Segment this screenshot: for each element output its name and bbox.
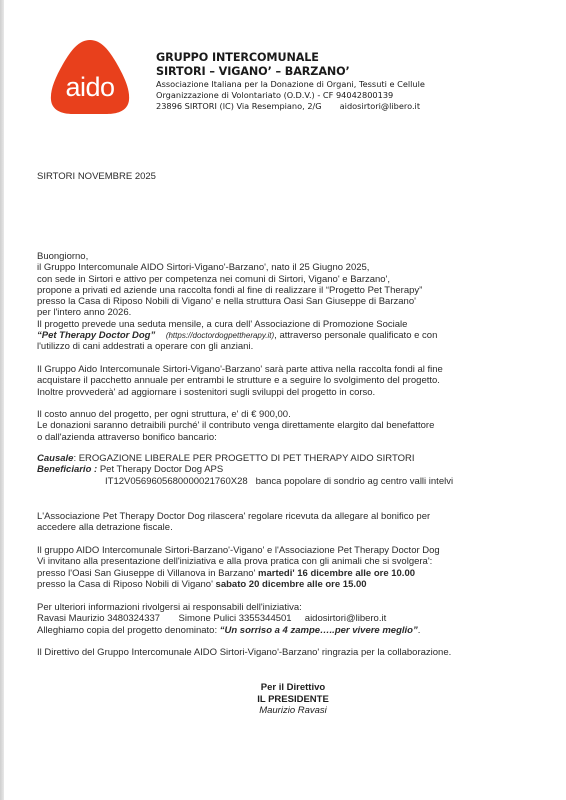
bank-name: banca popolare di sondrio ag centro vall… xyxy=(256,476,454,487)
contact-pulici: Simone Pulici 3355344501 xyxy=(179,613,292,624)
org-address-line: 23896 SIRTORI (lC) Via Resempiano, 2/Gai… xyxy=(156,101,425,112)
text-line: con sede in Sirtori e attivo per compete… xyxy=(37,274,437,285)
aido-logo: aido xyxy=(49,38,131,116)
text-line: acquistare il pacchetto annuale per entr… xyxy=(37,375,443,386)
text-line: accedere alla detrazione fiscale. xyxy=(37,522,430,533)
text-fragment: Alleghiamo copia del progetto denominato… xyxy=(37,625,220,636)
signature-line1: Per il Direttivo xyxy=(0,682,566,694)
text-line: Il costo annuo del progetto, per ogni st… xyxy=(37,409,434,420)
text-line: il Gruppo Intercomunale AIDO Sirtori-Vig… xyxy=(37,262,437,273)
org-title-line1: GRUPPO INTERCOMUNALE xyxy=(156,51,425,65)
causale-line: Causale: EROGAZIONE LIBERALE PER PROGETT… xyxy=(37,453,453,464)
org-url-link[interactable]: (https://doctordogpettherapy.it) xyxy=(166,331,274,340)
text-line: Il Gruppo Aido Intercomunale Sirtori-Vig… xyxy=(37,364,443,375)
event-datetime: martedi' 16 dicembre alle ore 10.00 xyxy=(258,568,415,579)
signature-name: Maurizio Ravasi xyxy=(0,705,566,717)
text-line: presso la Casa di Riposo Nobili di Vigan… xyxy=(37,296,437,307)
paragraph-receipt: L'Associazione Pet Therapy Doctor Dog ri… xyxy=(37,511,430,534)
text-line: Per ulteriori informazioni rivolgersi ai… xyxy=(37,602,420,613)
paragraph-invitation: Il gruppo AIDO Intercomunale Sirtori-Bar… xyxy=(37,545,440,590)
paragraph-contacts: Per ulteriori informazioni rivolgersi ai… xyxy=(37,602,420,636)
signature-title: IL PRESIDENTE xyxy=(0,694,566,706)
causale-label: Causale xyxy=(37,453,73,464)
iban-line: IT12V0569605680000021760X28 banca popola… xyxy=(37,476,453,487)
signature-block: Per il Direttivo IL PRESIDENTE Maurizio … xyxy=(0,682,566,717)
text-line: Inoltre provvederà' ad aggiornare i sost… xyxy=(37,387,443,398)
letterhead: GRUPPO INTERCOMUNALE SIRTORI – VIGANO’ –… xyxy=(156,51,425,111)
thanks-line: Il Direttivo del Gruppo Intercomunale AI… xyxy=(37,647,451,658)
greeting: Buongiorno, xyxy=(37,251,437,262)
org-title-line2: SIRTORI – VIGANO’ – BARZANO’ xyxy=(156,65,425,79)
beneficiario-value: Pet Therapy Doctor Dog APS xyxy=(97,464,223,475)
paragraph-intro: Buongiorno, il Gruppo Intercomunale AIDO… xyxy=(37,251,437,353)
text-line: o dall'azienda attraverso bonifico banca… xyxy=(37,432,434,443)
event-datetime: sabato 20 dicembre alle ore 15.00 xyxy=(216,579,367,590)
paragraph-cost: Il costo annuo del progetto, per ogni st… xyxy=(37,409,434,443)
causale-value: : EROGAZIONE LIBERALE PER PROGETTO DI PE… xyxy=(73,453,414,464)
project-title: “Un sorriso a 4 zampe…..per vivere megli… xyxy=(220,625,418,636)
text-fragment: . xyxy=(418,625,421,636)
contacts-line: Ravasi Maurizio 3480324337 Simone Pulici… xyxy=(37,613,420,624)
text-line: Il gruppo AIDO Intercomunale Sirtori-Bar… xyxy=(37,545,440,556)
contact-email[interactable]: aidosirtori@libero.it xyxy=(305,613,386,624)
beneficiario-label: Beneficiario : xyxy=(37,464,97,475)
contact-ravasi: Ravasi Maurizio 3480324337 xyxy=(37,613,160,624)
svg-text:aido: aido xyxy=(65,72,114,102)
org-email[interactable]: aidosirtori@libero.it xyxy=(340,101,420,111)
text-fragment: , attraverso personale qualificato e con xyxy=(274,330,437,341)
org-name: “Pet Therapy Doctor Dog” xyxy=(37,330,155,341)
text-line: per l'intero anno 2026. xyxy=(37,307,437,318)
text-line: Le donazioni saranno detraibili purché' … xyxy=(37,420,434,431)
event-place: presso l'Oasi San Giuseppe di Villanova … xyxy=(37,568,258,579)
attachment-line: Alleghiamo copia del progetto denominato… xyxy=(37,625,420,636)
text-line: propone a privati ed aziende una raccolt… xyxy=(37,285,437,296)
text-line: Il progetto prevede una seduta mensile, … xyxy=(37,319,437,330)
text-line: L'Associazione Pet Therapy Doctor Dog ri… xyxy=(37,511,430,522)
org-registration: Organizzazione di Volontariato (O.D.V.) … xyxy=(156,90,425,101)
org-address: 23896 SIRTORI (lC) Via Resempiano, 2/G xyxy=(156,101,322,111)
event-1: presso l'Oasi San Giuseppe di Villanova … xyxy=(37,568,440,579)
bank-details: Causale: EROGAZIONE LIBERALE PER PROGETT… xyxy=(37,453,453,487)
event-place: presso la Casa di Riposo Nobili di Vigan… xyxy=(37,579,216,590)
text-line: l'utilizzo di cani addestrati a operare … xyxy=(37,341,437,352)
text-line: “Pet Therapy Doctor Dog” (https://doctor… xyxy=(37,330,437,341)
iban: IT12V0569605680000021760X28 xyxy=(105,476,248,487)
paragraph-role: Il Gruppo Aido Intercomunale Sirtori-Vig… xyxy=(37,364,443,398)
org-subtitle: Associazione Italiana per la Donazione d… xyxy=(156,79,425,90)
event-2: presso la Casa di Riposo Nobili di Vigan… xyxy=(37,579,440,590)
beneficiario-line: Beneficiario : Pet Therapy Doctor Dog AP… xyxy=(37,464,453,475)
page-edge xyxy=(0,0,4,800)
text-line: Vi invitano alla presentazione dell'iniz… xyxy=(37,556,440,567)
date-line: SIRTORI NOVEMBRE 2025 xyxy=(37,171,156,182)
